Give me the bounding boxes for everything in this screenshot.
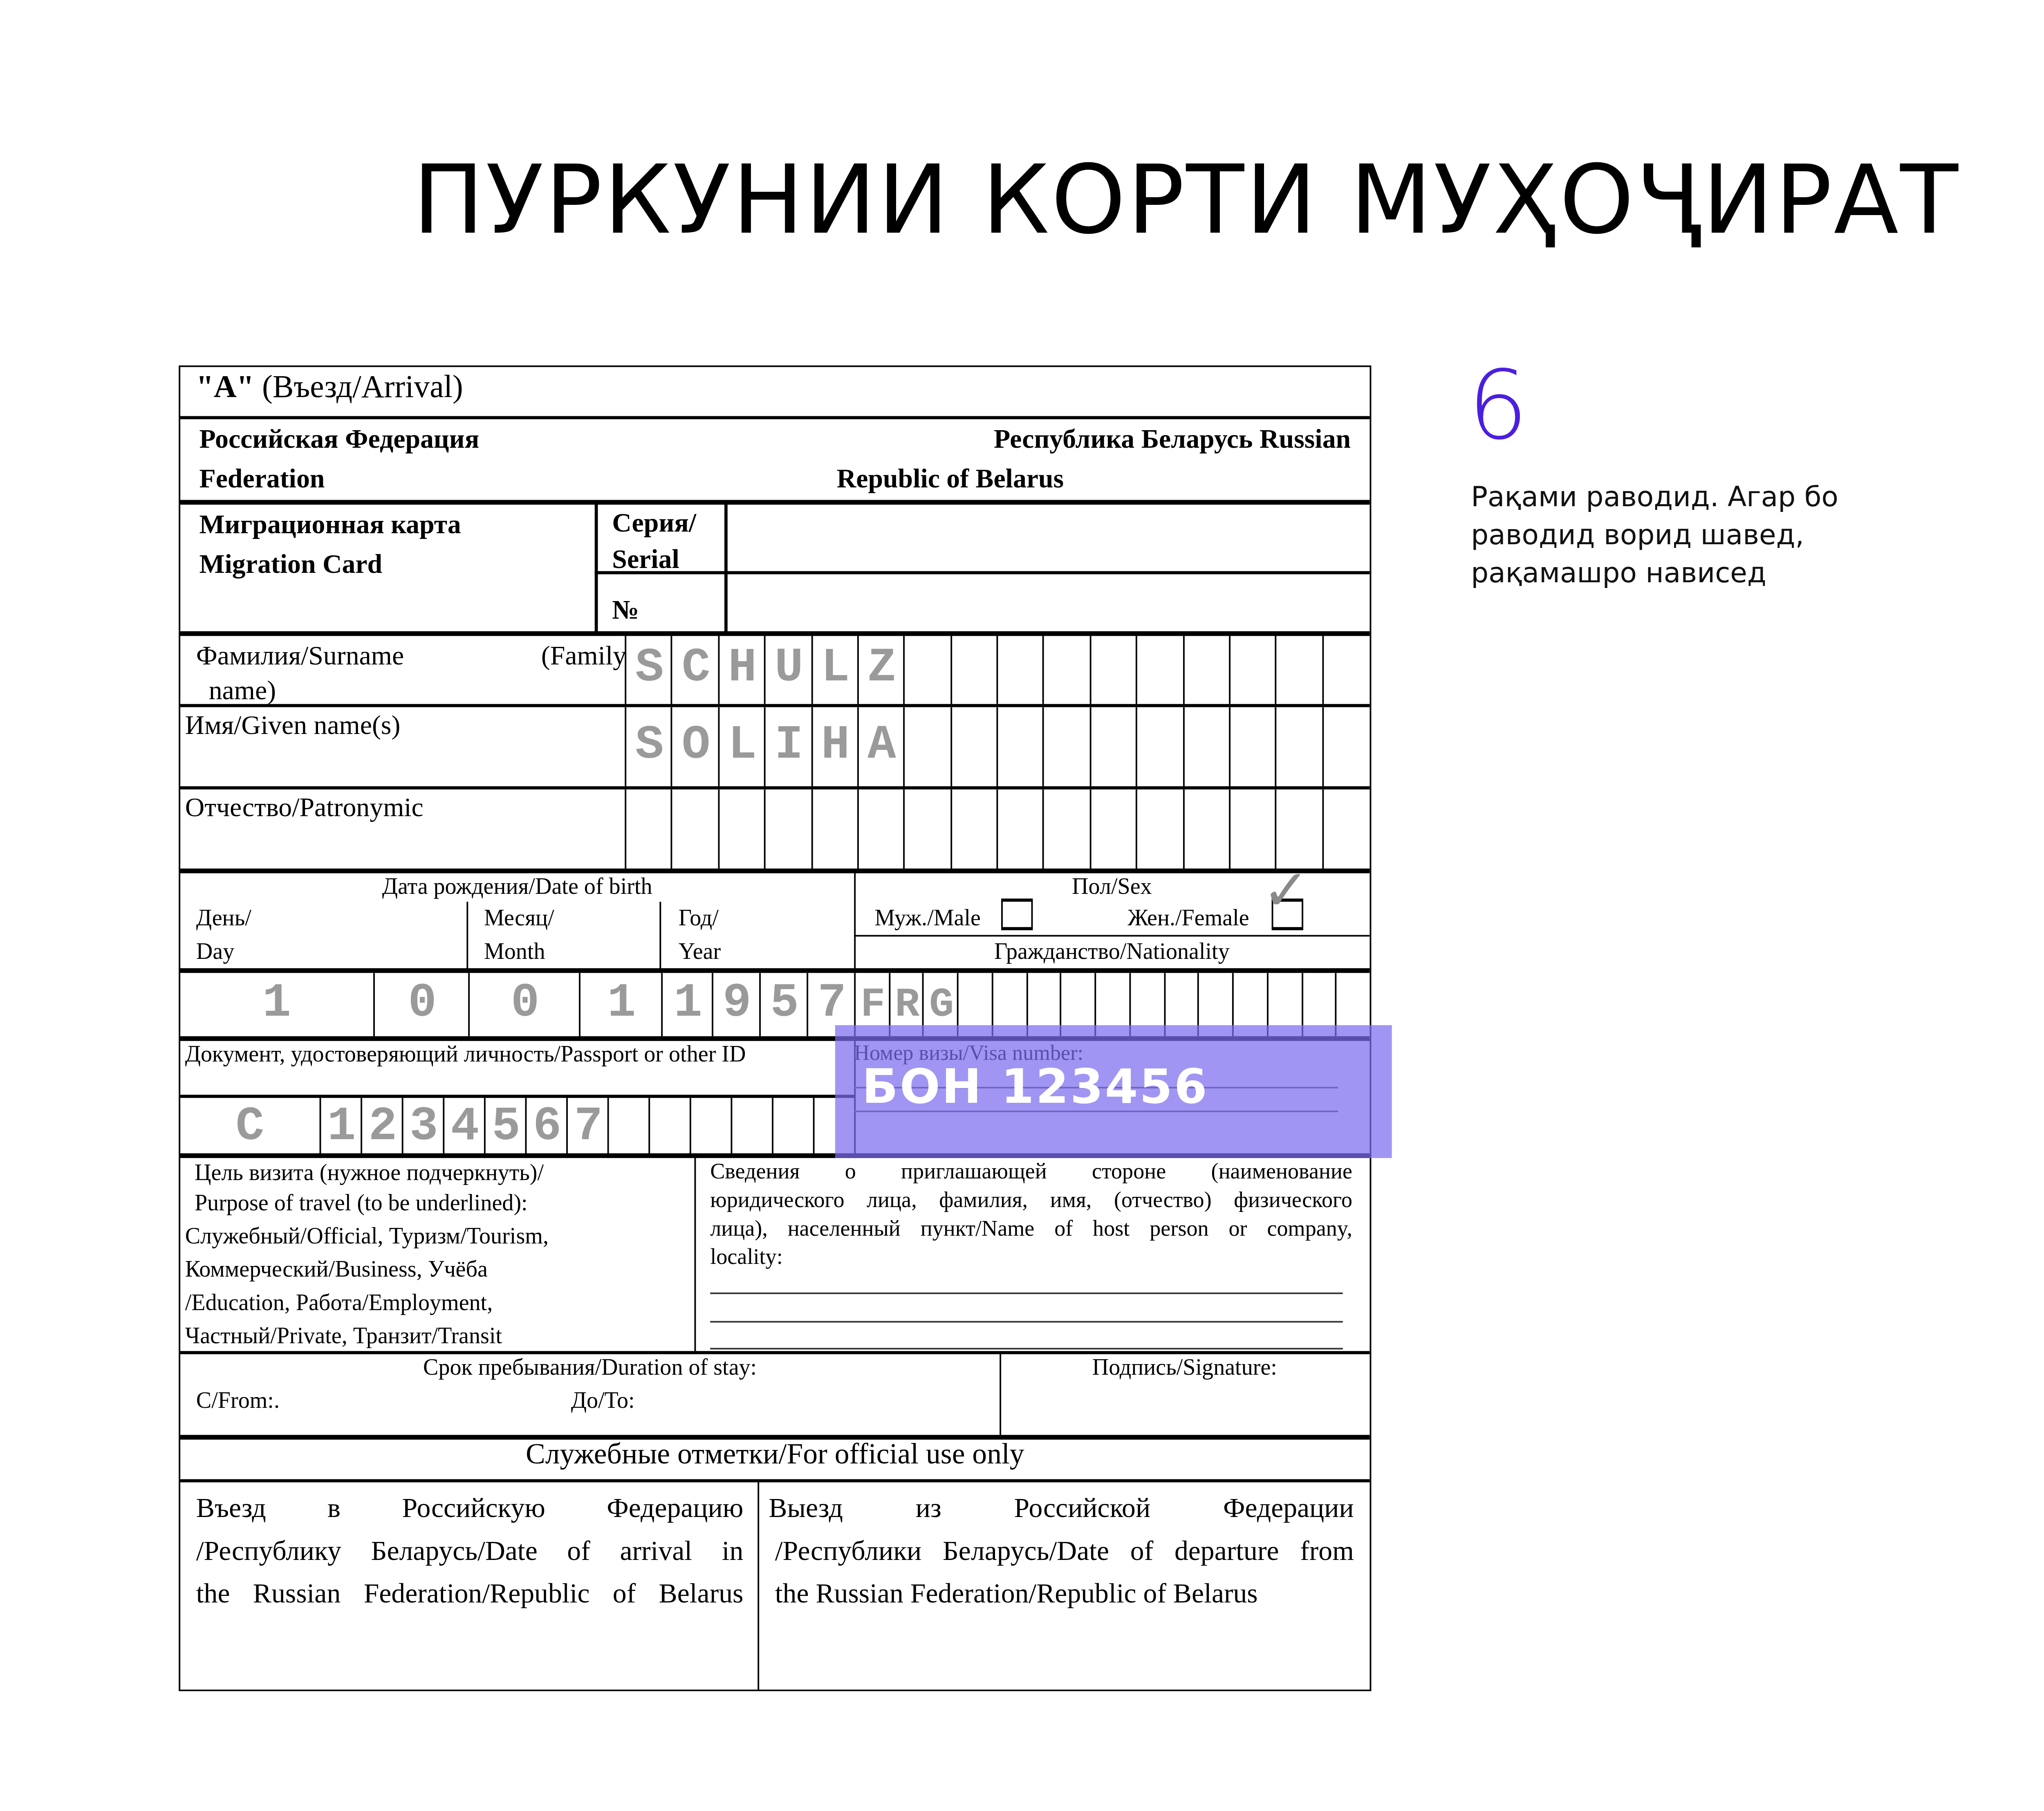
female-label: Жен./Female [1128, 905, 1249, 935]
card-type-letter: "A" [196, 370, 254, 405]
passport-digit[interactable]: 5 [484, 1098, 527, 1158]
char-cell[interactable] [764, 790, 812, 868]
passport-digit[interactable]: 7 [566, 1098, 609, 1158]
char-cell[interactable]: H [811, 707, 859, 786]
passport-digit[interactable] [772, 1098, 814, 1158]
char-cell[interactable] [671, 790, 719, 868]
char-cell[interactable] [996, 634, 1044, 704]
char-cell[interactable] [857, 790, 905, 868]
card-type-text: (Въезд/Arrival) [262, 370, 463, 405]
month-label-ru: Месяц/ [484, 905, 554, 935]
char-cell[interactable] [1275, 634, 1323, 704]
char-cell[interactable]: C [671, 634, 719, 704]
date-digit[interactable]: 1 [661, 973, 713, 1036]
divider [659, 902, 661, 973]
serial-label-ru: Серия/ [612, 506, 696, 541]
date-of-birth-input[interactable]: 10011957 [180, 973, 854, 1036]
char-cell[interactable] [1136, 634, 1184, 704]
char-cell[interactable] [1089, 634, 1138, 704]
host-input[interactable] [710, 1269, 1343, 1351]
surname-label-c: name) [196, 675, 276, 706]
divider [595, 571, 1370, 574]
char-cell[interactable] [903, 634, 952, 704]
char-cell[interactable] [1322, 790, 1370, 868]
passport-number-input[interactable]: C1234567 [180, 1098, 854, 1158]
arrival-line: /Республику Беларусь/Date of arrival in [196, 1530, 744, 1572]
host-info-label: Сведения о приглашающей стороне (наимено… [710, 1160, 1352, 1274]
duration-label: Срок пребывания/Duration of stay: [180, 1354, 1000, 1385]
passport-digit[interactable]: 2 [361, 1098, 403, 1158]
departure-line: the Russian Federation/Republic of Belar… [769, 1573, 1354, 1615]
surname-label-b: (Family [541, 639, 626, 674]
host-line: Сведения о приглашающей стороне (наимено… [710, 1160, 1352, 1188]
char-cell[interactable]: S [625, 634, 673, 704]
char-cell[interactable]: Z [857, 634, 905, 704]
char-cell[interactable] [903, 790, 952, 868]
divider [180, 1351, 1369, 1354]
page: ПУРКУНИИ КОРТИ МУҲОҶИРАТ 6 Рақами раводи… [0, 0, 2044, 1811]
divider [180, 416, 1369, 420]
number-label: № [612, 593, 639, 628]
char-cell[interactable] [1043, 707, 1091, 786]
from-input[interactable] [291, 1387, 560, 1419]
purpose-line: Purpose of travel (to be underlined): [185, 1189, 691, 1223]
arrival-line: Въезд в Российскую Федерацию [196, 1487, 744, 1530]
char-cell[interactable]: I [764, 707, 812, 786]
purpose-line: Цель визита (нужное подчеркнуть)/ [185, 1160, 691, 1190]
male-checkbox[interactable] [1001, 899, 1033, 930]
year-label-ru: Год/ [679, 905, 719, 935]
signature-field[interactable] [1003, 1387, 1367, 1435]
char-cell[interactable] [625, 790, 673, 868]
char-cell[interactable]: L [718, 707, 766, 786]
char-cell[interactable] [950, 707, 998, 786]
char-cell[interactable]: O [671, 707, 719, 786]
char-cell[interactable] [1182, 790, 1230, 868]
divider [180, 1479, 1369, 1483]
card-title-en: Migration Card [199, 548, 382, 582]
divider [724, 501, 728, 633]
passport-digit[interactable] [648, 1098, 691, 1158]
char-cell[interactable]: S [625, 707, 673, 786]
male-label: Муж./Male [875, 905, 981, 935]
official-use-title: Служебные отметки/For official use only [180, 1440, 1369, 1473]
char-cell[interactable] [1275, 707, 1323, 786]
passport-digit[interactable] [690, 1098, 732, 1158]
char-cell[interactable] [1182, 634, 1230, 704]
card-type-label: "A" (Въезд/Arrival) [196, 370, 463, 405]
char-cell[interactable] [996, 790, 1044, 868]
char-cell[interactable] [1322, 634, 1370, 704]
day-label-ru: День/ [196, 905, 251, 935]
surname-label: Фамилия/Surname (Family name) [196, 639, 611, 709]
divider [466, 902, 468, 973]
char-cell[interactable] [1322, 707, 1370, 786]
number-input[interactable] [728, 574, 1367, 631]
host-line: юридического лица, фамилия, имя, (отчест… [710, 1188, 1352, 1217]
divider [180, 968, 1369, 973]
purpose-of-travel: Цель визита (нужное подчеркнуть)/ Purpos… [185, 1160, 691, 1356]
departure-date-box: Выезд из Российской Федерации /Республик… [769, 1487, 1354, 1615]
char-cell[interactable] [1089, 790, 1138, 868]
divider [180, 786, 1369, 790]
check-icon: ✓ [1262, 857, 1310, 924]
char-cell[interactable]: H [718, 634, 766, 704]
page-title: ПУРКУНИИ КОРТИ МУҲОҶИРАТ [0, 146, 2044, 256]
nationality-label: Гражданство/Nationality [854, 938, 1369, 968]
char-cell[interactable] [811, 790, 859, 868]
divider [180, 704, 1369, 707]
arrival-line: the Russian Federation/Republic of Belar… [196, 1573, 744, 1615]
passport-series[interactable]: C [180, 1098, 319, 1158]
step-description: Рақами раводид. Агар бо раводид ворид ша… [1471, 479, 1945, 593]
departure-line: Выезд из Российской Федерации [769, 1487, 1354, 1530]
from-label: С/From:. [196, 1387, 280, 1418]
char-cell[interactable]: U [764, 634, 812, 704]
year-label-en: Year [679, 938, 721, 968]
divider [595, 501, 598, 633]
day-label-en: Day [196, 938, 235, 968]
date-digit[interactable]: 0 [468, 973, 580, 1036]
char-cell[interactable] [1182, 707, 1230, 786]
char-cell[interactable] [1136, 707, 1184, 786]
signature-label: Подпись/Signature: [1000, 1354, 1369, 1385]
char-cell[interactable] [1043, 634, 1091, 704]
char-cell[interactable] [1275, 790, 1323, 868]
surname-label-a: Фамилия/Surname [196, 641, 404, 671]
char-cell[interactable] [718, 790, 766, 868]
step-number: 6 [1468, 351, 1528, 462]
char-cell[interactable] [1229, 707, 1277, 786]
date-digit[interactable]: 1 [180, 973, 373, 1036]
arrival-date-box: Въезд в Российскую Федерацию /Республику… [196, 1487, 744, 1615]
divider [180, 1095, 854, 1098]
passport-digit[interactable]: 1 [320, 1098, 362, 1158]
char-cell[interactable] [1229, 790, 1277, 868]
passport-digit[interactable] [607, 1098, 650, 1158]
date-digit[interactable]: 9 [712, 973, 761, 1036]
purpose-option[interactable]: /Education, Работа/Employment, [185, 1289, 691, 1322]
country-left-line2: Federation [199, 462, 325, 497]
char-cell[interactable] [1136, 790, 1184, 868]
passport-digit[interactable]: 6 [525, 1098, 568, 1158]
passport-digit[interactable]: 4 [443, 1098, 485, 1158]
date-digit[interactable]: 1 [579, 973, 663, 1036]
date-digit[interactable]: 0 [373, 973, 470, 1036]
to-label: До/To: [571, 1387, 635, 1418]
char-cell[interactable] [1043, 790, 1091, 868]
char-cell[interactable]: A [857, 707, 905, 786]
country-left-line1: Российская Федерация [199, 422, 479, 457]
divider [758, 1481, 759, 1690]
document-label: Документ, удостоверяющий личность/Passpo… [185, 1041, 746, 1071]
divider [694, 1156, 696, 1351]
divider [180, 1435, 1369, 1440]
divider [854, 935, 1369, 937]
passport-digit[interactable]: 3 [402, 1098, 444, 1158]
country-right-line1: Республика Беларусь Russian [994, 422, 1351, 457]
host-line: лица), населенный пункт/Name of host per… [710, 1216, 1352, 1245]
month-label-en: Month [484, 938, 545, 968]
purpose-option[interactable]: Служебный/Official, Туризм/Tourism, [185, 1223, 691, 1256]
patronymic-input[interactable] [625, 790, 1369, 868]
birth-date-label: Дата рождения/Date of birth [180, 873, 854, 904]
given-name-input[interactable]: SOLIHA [625, 707, 1369, 786]
char-cell[interactable] [1229, 634, 1277, 704]
country-right-line2: Republic of Belarus [837, 462, 1064, 497]
to-input[interactable] [647, 1387, 979, 1419]
serial-input[interactable] [728, 503, 1367, 569]
char-cell[interactable] [1089, 707, 1138, 786]
surname-input[interactable]: SCHULZ [625, 634, 1369, 704]
char-cell[interactable] [903, 707, 952, 786]
patronymic-label: Отчество/Patronymic [185, 791, 424, 826]
purpose-option[interactable]: Коммерческий/Business, Учёба [185, 1256, 691, 1289]
visa-number-value[interactable]: БОН 123456 [862, 1060, 1209, 1115]
given-name-label: Имя/Given name(s) [185, 709, 401, 743]
date-digit[interactable]: 5 [759, 973, 808, 1036]
passport-digit[interactable] [731, 1098, 773, 1158]
char-cell[interactable] [950, 634, 998, 704]
char-cell[interactable] [996, 707, 1044, 786]
char-cell[interactable]: L [811, 634, 859, 704]
departure-line: /Республики Беларусь/Date of departure f… [769, 1530, 1354, 1572]
char-cell[interactable] [950, 790, 998, 868]
divider [180, 868, 1369, 873]
card-title-ru: Миграционная карта [199, 508, 461, 543]
